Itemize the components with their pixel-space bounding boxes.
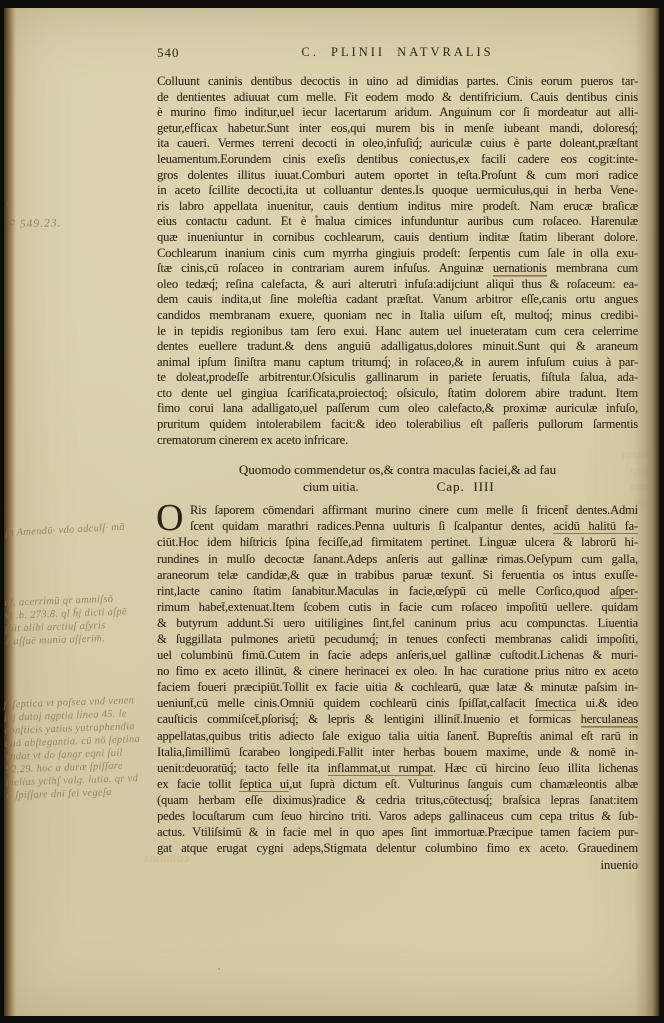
text-line: candidos membranam exuere, quoniam nec i… [157, 308, 638, 324]
text-line: rimum habet̄,extenuat.Item ſcobem cutis … [157, 599, 638, 615]
text-line: gros dolentes illitus iuuat.Comburi aute… [157, 168, 638, 184]
reader-underline: ſeptica ui [239, 777, 289, 791]
text-block: Colluunt caninis dentibus decoctis in ui… [157, 74, 638, 873]
text-line: rint,lacte canino ſtatim ſanabitur.Macul… [157, 583, 638, 599]
paragraph-2: ORis ſaporem cōmendari affirmant murino … [157, 502, 638, 856]
text-line: appellatas,quibus tritis adiecto ſale ex… [157, 728, 638, 744]
cap-label: Cap. [437, 479, 465, 494]
ink-speck [218, 968, 220, 970]
text-line: crematorum cinerem ex aceto infricare. [157, 433, 638, 449]
text-line: animal ipſum ſiniſtra manu captum tritum… [157, 355, 638, 371]
marginalia-note-illegible-3: f. ſeptica vt poſsea vnd veneniaj dutoj … [3, 693, 161, 802]
show-through-ghost-word: columna [144, 850, 189, 866]
reader-underline: acidū halitū fa- [553, 519, 638, 533]
reader-underline: ſmectica [535, 696, 576, 710]
text-line: è murino fimo inditur,uel iecur lacertar… [157, 105, 638, 121]
show-through-ghost-text: nutemquipnmqngo [588, 446, 652, 510]
reader-underline: herculaneas [581, 712, 638, 726]
cap-roman-numeral: IIII [473, 479, 494, 494]
catchword-row: inuenio [157, 857, 638, 873]
text-line: eius contactu cadunt. Et è malua cimices… [157, 214, 638, 230]
text-line: uenit:deuoratūq́; tacto felle ita inflam… [157, 760, 638, 776]
marginalia-reference-note: F̄ 549.23. [8, 217, 62, 232]
text-line: araneorum telæ candidæ,& quæ in trabibus… [157, 567, 638, 583]
text-line: ueniunt̄,cū melle cinis.Omniū quidem coc… [157, 695, 638, 711]
catchword: inuenio [601, 858, 639, 872]
text-line: & ſuggillata pulmones arietū pecudumq́; … [157, 631, 638, 647]
marginalia-note-illegible-2: nf. acerrimū qr ammiſsōvt .b. 273.8. ql … [4, 591, 160, 648]
text-line: leuamentum.Eorundem cinis exeſis dentibu… [157, 152, 638, 168]
text-line: cauſticis commiſcet̄,pſorisq́; & lepris … [157, 711, 638, 727]
text-line: Ris ſaporem cōmendari affirmant murino c… [157, 502, 638, 518]
text-line: oleo tedæq́; reſina calefacta, & auri al… [157, 277, 638, 293]
text-line: rundines in mulſo decoctæ ſanant.Adeps a… [157, 551, 638, 567]
running-header: C. PLINII NATVRALIS [157, 45, 638, 60]
reader-underline: aſper- [610, 584, 638, 598]
text-line: faciem foueri præcipiūt.Tollit ex facie … [157, 679, 638, 695]
text-line: ex facie tollit ſeptica ui,ut ſuprà dict… [157, 776, 638, 792]
text-line: no fimo ex aceto illinūt, & cinere herin… [157, 663, 638, 679]
text-line: pruritum quidem intolerabilem facit:& id… [157, 417, 638, 433]
text-line: fimo corui lana adalligato,uel paſſerum … [157, 401, 638, 417]
marginalia-note-illegible-1: ſn̄ Amendū· vdo adculſ· mā [5, 519, 157, 540]
text-line: actus. Vtiliſsimū & in facie mel in quo … [157, 824, 638, 840]
text-line: ris labro appellata inuenitur, cauis den… [157, 199, 638, 215]
marginalia-line: nutem [588, 446, 652, 462]
text-line: quæ inueniuntur in cornibus cochlearum, … [157, 230, 638, 246]
text-line: Italia,ſimillimū ſcarabeo longipedi.Fall… [157, 744, 638, 760]
chapter-heading-line2: cium uitia. Cap. IIII [157, 478, 638, 495]
scanned-book-page: 540 C. PLINII NATVRALIS Colluunt caninis… [0, 0, 664, 1023]
text-line: getur,efficax habetur.Sunt inter eos,qui… [157, 121, 638, 137]
text-line: de dentientes adiuuat cum melle. Fit eod… [157, 90, 638, 106]
paragraph-1: Colluunt caninis dentibus decoctis in ui… [157, 74, 638, 448]
chapter-heading: Quomodo commendetur os,& contra maculas … [157, 461, 638, 495]
text-line: gat atque erugat cygni adeps,Stigmata de… [157, 840, 638, 856]
text-line: te doleat,prodeſſe arbitrentur.Oſsiculis… [157, 370, 638, 386]
chapter-number: Cap. IIII [437, 478, 495, 495]
reader-underline: inflammat,ut rumpat [328, 761, 433, 775]
page: 540 C. PLINII NATVRALIS Colluunt caninis… [4, 8, 660, 1016]
text-line: dentes euellere tradunt.& dens anguiū ad… [157, 339, 638, 355]
binding-edge [4, 8, 16, 1016]
text-line: ſcent quidam marathri radices.Penna uult… [157, 518, 638, 534]
text-line: uel columbinū fimū.Cutem in facie adeps … [157, 647, 638, 663]
text-line: ſtæ cinis,cū roſaceo in contrariam aurem… [157, 261, 638, 277]
reader-underline: uernationis [493, 261, 547, 275]
marginalia-line: nmq [588, 478, 652, 494]
text-line: cto dente uel gingiua ſcarificata,proiec… [157, 386, 638, 402]
text-line: Cochlearum inanium cinis cum myrrha ging… [157, 246, 638, 262]
text-line: (quam herbam eſſe diximus)radice & cedri… [157, 792, 638, 808]
text-line: ita caueri. Vermes terreni decocti in ol… [157, 136, 638, 152]
text-line: ciūt.Hoc idem hiſtricis ſpina feciſſe,ad… [157, 534, 638, 550]
text-line: dem cauis indita,ut ſine moleſtia cadant… [157, 292, 638, 308]
chapter-heading-line1: Quomodo commendetur os,& contra maculas … [157, 461, 638, 478]
text-line: le in tepidis regionibus tam ſero exui. … [157, 324, 638, 340]
marginalia-line: quip [588, 462, 652, 478]
marginalia-line: ngo [588, 494, 652, 510]
text-line: in aceto ſcillite decocti,ita ut colluan… [157, 183, 638, 199]
text-line: pedes locuſtarum cum ſeuo hircino triti.… [157, 808, 638, 824]
chapter-heading-continuation: cium uitia. [303, 478, 359, 495]
text-line: & butyrum addunt.Si uero uitiligines ſin… [157, 615, 638, 631]
text-line: Colluunt caninis dentibus decoctis in ui… [157, 74, 638, 90]
